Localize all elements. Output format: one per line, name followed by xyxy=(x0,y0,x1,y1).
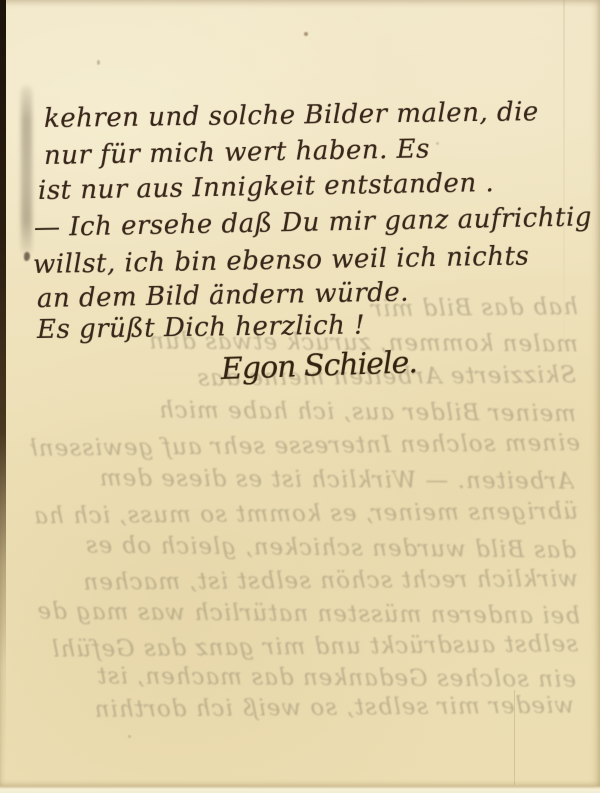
show-through-line: selbst ausdrückt und mir ganz das Gefühl xyxy=(44,631,578,663)
show-through-line: einem solchen Interesse sehr auf gewisse… xyxy=(30,430,580,462)
show-through-line: ein solches Gedanken das machen, ist xyxy=(70,663,576,693)
scan-edge-bottom xyxy=(0,786,600,793)
letter-page: hab das Bild mir malen kommen, zurück et… xyxy=(0,0,600,786)
letter-scan: hab das Bild mir malen kommen, zurück et… xyxy=(0,0,600,793)
signature: Egon Schiele. xyxy=(220,345,417,387)
letter-line-5: willst, ich bin ebenso weil ich nichts xyxy=(33,241,530,280)
show-through-line: wieder mir selbst, so weiß ich dorthin xyxy=(46,693,574,724)
paper-speck xyxy=(304,32,308,36)
paper-speck xyxy=(128,735,131,738)
letter-line-1: kehren und solche Bilder malen, die xyxy=(44,97,539,134)
paper-crease xyxy=(563,0,565,400)
letter-line-3: ist nur aus Innigkeit entstanden . xyxy=(38,168,495,206)
show-through-line: übrigens meiner, es kommt so muss, ich h… xyxy=(34,499,578,530)
ink-dot xyxy=(24,252,30,261)
show-through-line: das Bild wurden schicken, gleich ob es xyxy=(60,532,576,563)
paper-speck xyxy=(97,60,100,65)
letter-line-2: nur für mich wert haben. Es xyxy=(44,134,430,171)
show-through-line: bei anderen müssten natürlich was mag de… xyxy=(36,599,580,630)
show-through-line: wirklich recht schön selbst ist, machen xyxy=(52,566,578,596)
letter-line-4: — Ich ersehe daß Du mir ganz aufrichtig xyxy=(34,202,593,243)
show-through-line: meiner Bilder aus, ich habe mich xyxy=(90,397,576,427)
show-through-line: Arbeiten. — Wirklich ist es diese dem xyxy=(80,465,574,494)
ink-smudge-streak xyxy=(21,86,32,254)
paper-speck xyxy=(436,142,439,145)
scan-edge-left xyxy=(0,0,6,786)
letter-line-7: Es grüßt Dich herzlich ! xyxy=(37,310,366,345)
paper-crease xyxy=(514,690,515,785)
